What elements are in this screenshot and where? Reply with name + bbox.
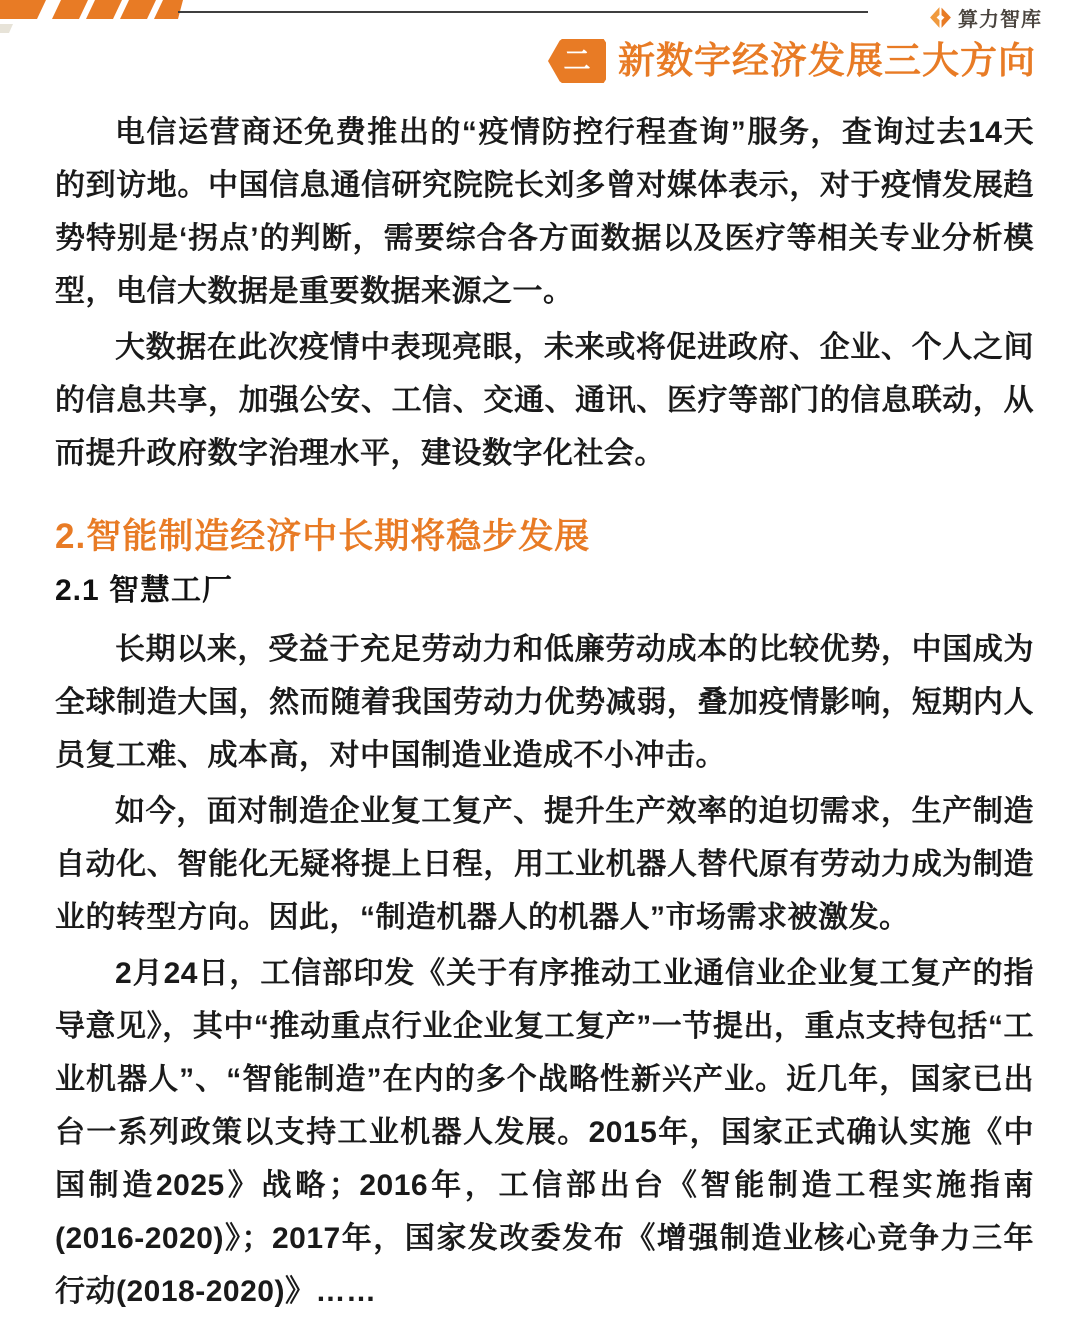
paragraph: 如今，面对制造企业复工复产、提升生产效率的迫切需求，生产制造自动化、智能化无疑将… (55, 785, 1034, 944)
brand-logo-text: 算力智库 (958, 3, 1042, 32)
section-number-badge: 二 (548, 39, 606, 83)
section-number-text: 二 (564, 48, 591, 75)
paragraph: 2月24日，工信部印发《关于有序推动工业通信业企业复工复产的指导意见》，其中“推… (55, 947, 1034, 1318)
corner-stripes-decoration (0, 0, 200, 45)
masthead: 算力智库 (0, 0, 1080, 44)
document-page: 算力智库 二 新数字经济发展三大方向 电信运营商还免费推出的“疫情防控行程查询”… (0, 0, 1080, 1328)
article-body: 电信运营商还免费推出的“疫情防控行程查询”服务，查询过去14天的到访地。中国信息… (0, 84, 1080, 1318)
header-divider-line (178, 11, 868, 13)
diamond-spark-icon (928, 5, 953, 30)
brand-logo: 算力智库 (928, 3, 1042, 32)
paragraph: 长期以来，受益于充足劳动力和低廉劳动成本的比较优势，中国成为全球制造大国，然而随… (55, 623, 1034, 782)
section-2-1-subheading: 2.1 智慧工厂 (55, 573, 1034, 609)
section-2-heading: 2.智能制造经济中长期将稳步发展 (55, 516, 1034, 558)
paragraph: 电信运营商还免费推出的“疫情防控行程查询”服务，查询过去14天的到访地。中国信息… (55, 106, 1034, 318)
paragraph: 大数据在此次疫情中表现亮眼，未来或将促进政府、企业、个人之间的信息共享，加强公安… (55, 321, 1034, 480)
page-title: 新数字经济发展三大方向 (618, 41, 1036, 82)
